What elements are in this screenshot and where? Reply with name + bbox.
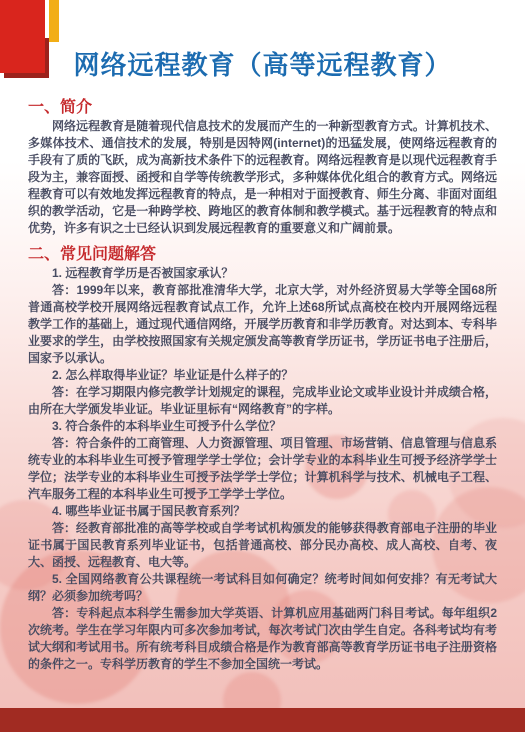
faq-item: 5. 全国网络教育公共课程统一考试科目如何确定？统考时间如何安排？有无考试大纲？…: [28, 571, 497, 673]
faq-item: 2. 怎么样取得毕业证？毕业证是什么样子的？ 答：在学习期限内修完教学计划规定的…: [28, 367, 497, 418]
section-heading-faq: 二、常见问题解答: [28, 245, 497, 265]
faq-question: 4. 哪些毕业证书属于国民教育系列？: [28, 503, 497, 520]
faq-answer: 答：经教育部批准的高等学校或自学考试机构颁发的能够获得教育部电子注册的毕业证书属…: [28, 520, 497, 571]
flyer-page: 网络远程教育（高等远程教育） 一、简介 网络远程教育是随着现代信息技术的发展而产…: [0, 0, 525, 732]
faq-question: 2. 怎么样取得毕业证？毕业证是什么样子的？: [28, 367, 497, 384]
faq-question: 1. 远程教育学历是否被国家承认？: [28, 265, 497, 282]
content-area: 网络远程教育（高等远程教育） 一、简介 网络远程教育是随着现代信息技术的发展而产…: [28, 38, 497, 673]
faq-question: 5. 全国网络教育公共课程统一考试科目如何确定？统考时间如何安排？有无考试大纲？…: [28, 571, 497, 605]
faq-answer: 答：在学习期限内修完教学计划规定的课程，完成毕业论文或毕业设计并成绩合格，由所在…: [28, 384, 497, 418]
faq-answer: 答：专科起点本科学生需参加大学英语、计算机应用基础两门科目考试。每年组织2次统考…: [28, 605, 497, 673]
footer-band: [0, 708, 525, 732]
faq-question: 3. 符合条件的本科毕业生可授予什么学位？: [28, 418, 497, 435]
faq-item: 3. 符合条件的本科毕业生可授予什么学位？ 答：符合条件的工商管理、人力资源管理…: [28, 418, 497, 503]
page-title: 网络远程教育（高等远程教育）: [28, 38, 497, 82]
intro-paragraph: 网络远程教育是随着现代信息技术的发展而产生的一种新型教育方式。计算机技术、多媒体…: [28, 118, 497, 237]
corner-yellow-stripe: [49, 0, 59, 42]
faq-answer: 答：1999年以来，教育部批准清华大学，北京大学，对外经济贸易大学等全国68所普…: [28, 282, 497, 367]
faq-item: 4. 哪些毕业证书属于国民教育系列？ 答：经教育部批准的高等学校或自学考试机构颁…: [28, 503, 497, 571]
section-heading-intro: 一、简介: [28, 98, 497, 118]
faq-answer: 答：符合条件的工商管理、人力资源管理、项目管理、市场营销、信息管理与信息系统专业…: [28, 435, 497, 503]
faq-item: 1. 远程教育学历是否被国家承认？ 答：1999年以来，教育部批准清华大学，北京…: [28, 265, 497, 367]
